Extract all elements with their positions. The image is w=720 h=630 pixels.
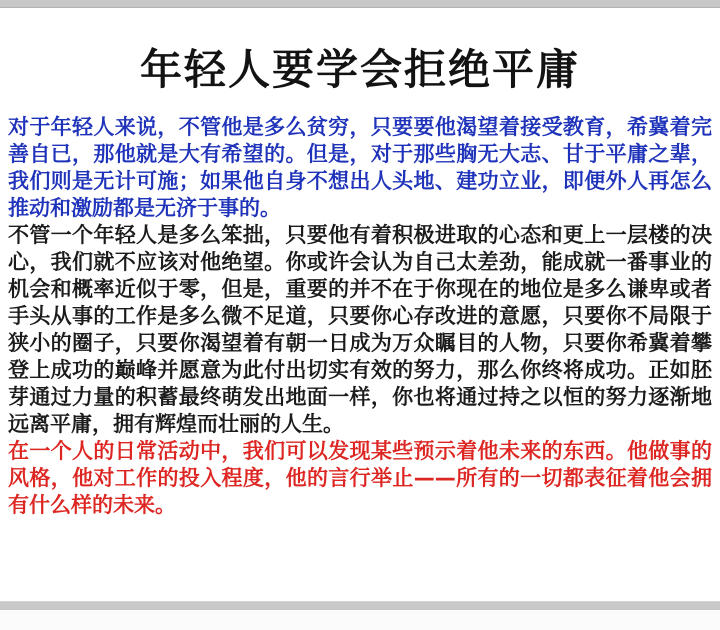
slide-page: 年轻人要学会拒绝平庸 对于年轻人来说，不管他是多么贫穷，只要要他渴望着接受教育，… [0,0,720,630]
page-title: 年轻人要学会拒绝平庸 [0,44,720,96]
paragraph-conclusion-red: 在一个人的日常活动中，我们可以发现某些预示着他未来的东西。他做事的风格，他对工作… [8,438,712,519]
top-divider-bar [0,0,720,8]
bottom-margin-area [0,610,720,630]
paragraph-main-black: 不管一个年轻人是多么笨拙，只要他有着积极进取的心态和更上一层楼的决心，我们就不应… [8,222,712,438]
body-text-block: 对于年轻人来说，不管他是多么贫穷，只要要他渴望着接受教育，希冀着完善自已，那他就… [8,114,712,519]
paragraph-intro-blue: 对于年轻人来说，不管他是多么贫穷，只要要他渴望着接受教育，希冀着完善自已，那他就… [8,114,712,222]
